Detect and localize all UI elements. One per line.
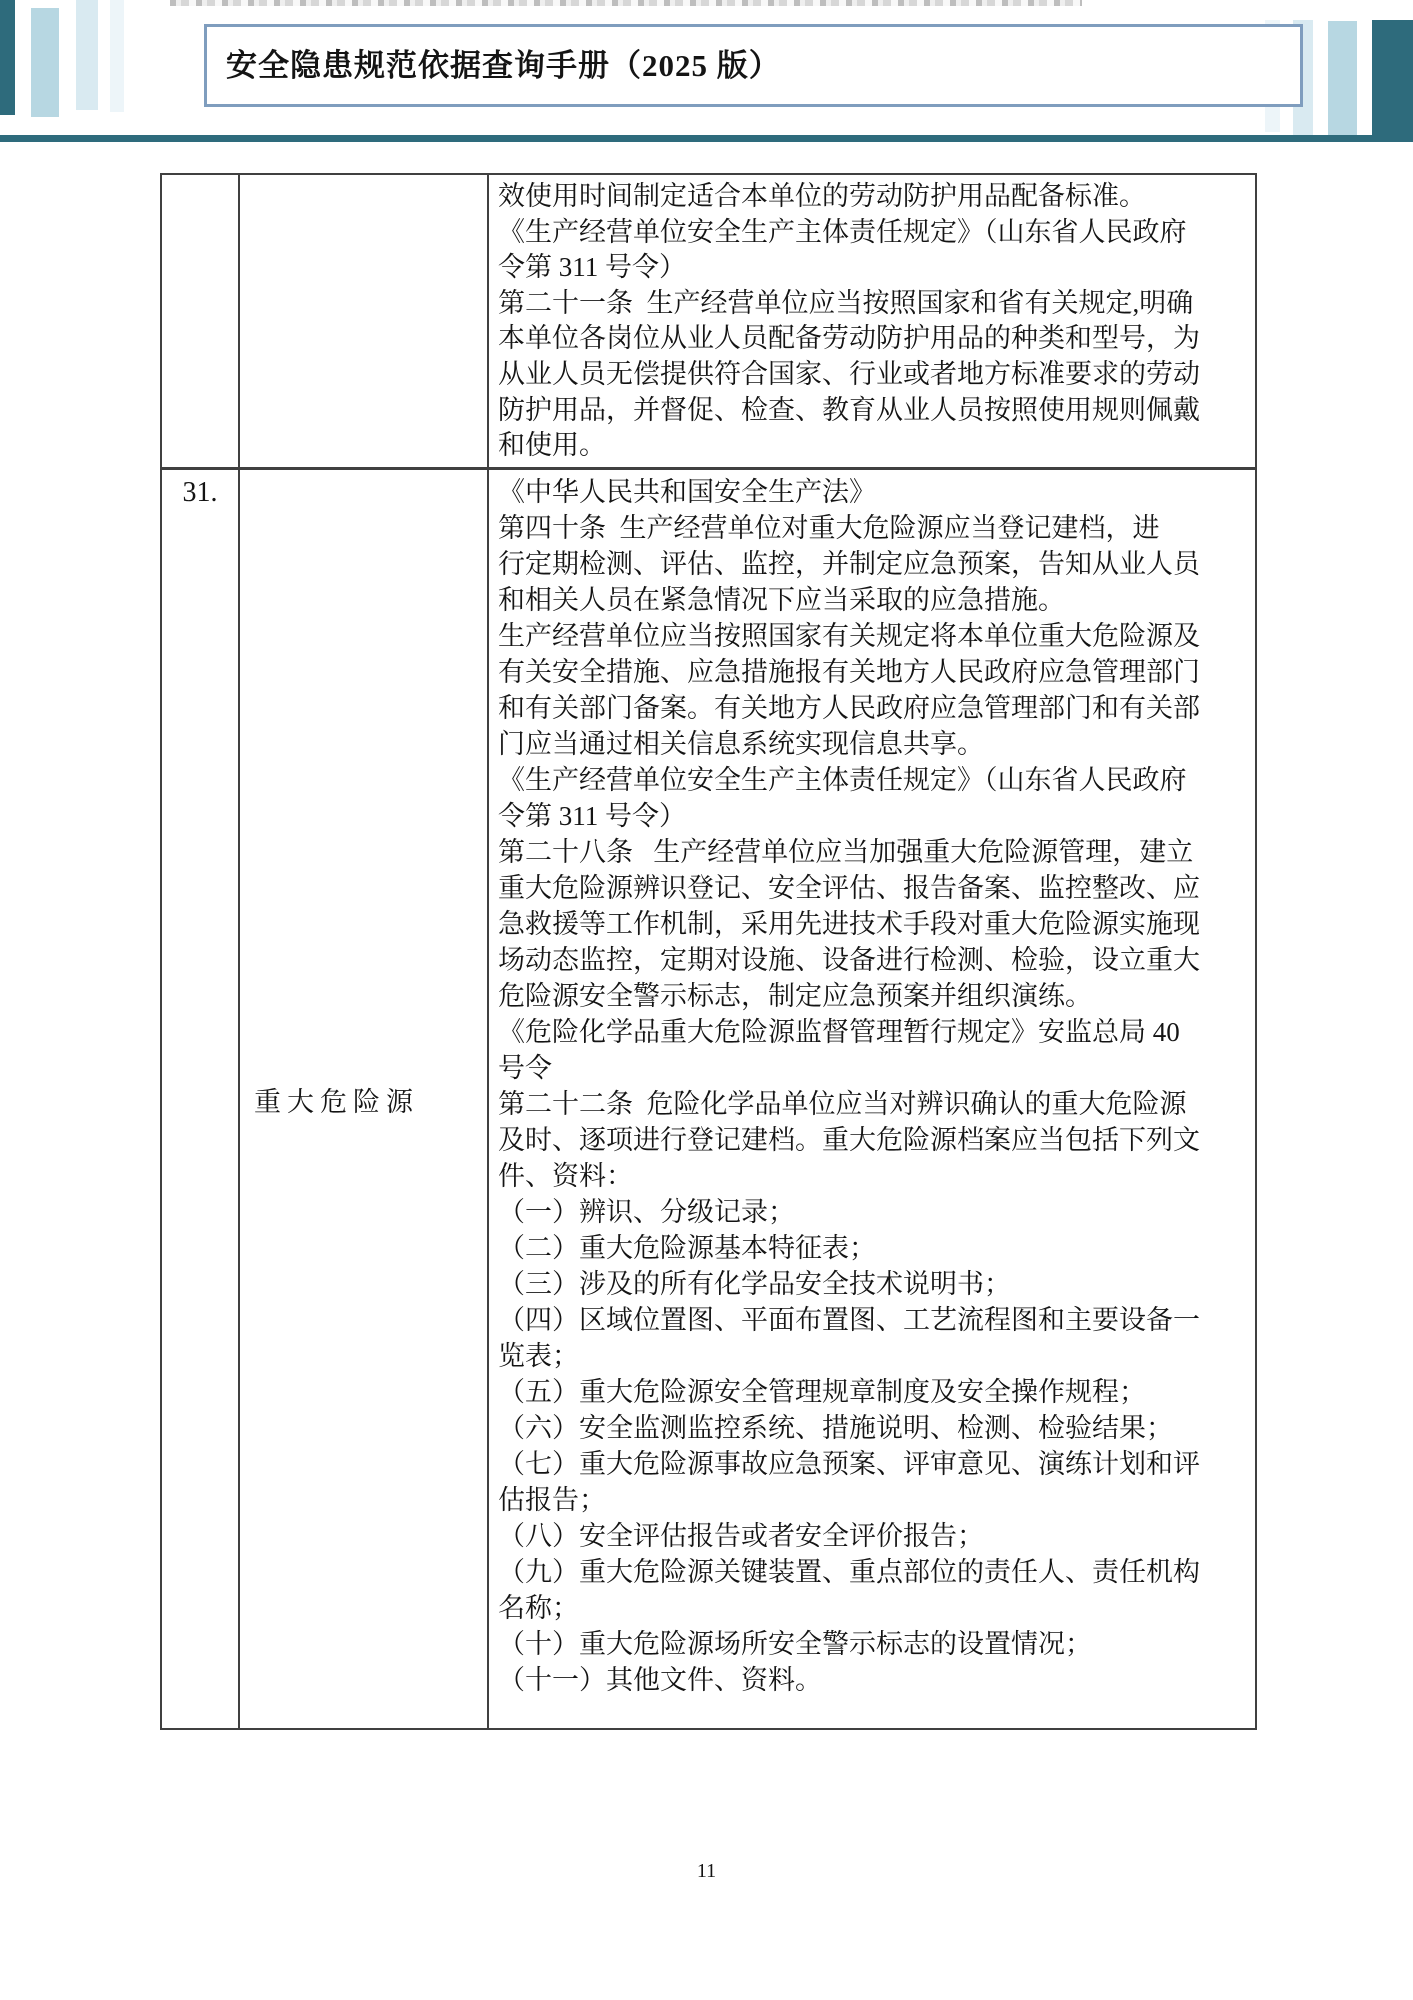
deco-bar-left-dark xyxy=(0,0,15,115)
deco-bar-left-faint xyxy=(110,0,124,112)
text-line: 和相关人员在紧急情况下应当采取的应急措施。 xyxy=(498,582,1239,618)
text-line: 《生产经营单位安全生产主体责任规定》（山东省人民政府 xyxy=(498,215,1239,251)
text-line: 从业人员无偿提供符合国家、行业或者地方标准要求的劳动 xyxy=(498,357,1239,393)
text-line: （一）辨识、分级记录； xyxy=(498,1194,1239,1230)
page-number: 11 xyxy=(0,1860,1413,1883)
deco-bar-right-medium xyxy=(1328,21,1357,137)
text-line: （八）安全评估报告或者安全评价报告； xyxy=(498,1518,1239,1554)
category-cell xyxy=(240,175,489,467)
text-line: 和有关部门备案。有关地方人民政府应急管理部门和有关部 xyxy=(498,690,1239,726)
text-line: （十一）其他文件、资料。 xyxy=(498,1662,1239,1698)
page-title: 安全隐患规范依据查询手册（2025 版） xyxy=(207,27,1300,85)
table-row: 效使用时间制定适合本单位的劳动防护用品配备标准。《生产经营单位安全生产主体责任规… xyxy=(162,175,1255,467)
text-line: 名称； xyxy=(498,1590,1239,1626)
text-line: 第二十八条 生产经营单位应当加强重大危险源管理，建立 xyxy=(498,834,1239,870)
text-line: 件、资料： xyxy=(498,1158,1239,1194)
text-line: （四）区域位置图、平面布置图、工艺流程图和主要设备一 xyxy=(498,1302,1239,1338)
category-label: 重大危险源 xyxy=(254,1080,419,1119)
content-cell: 效使用时间制定适合本单位的劳动防护用品配备标准。《生产经营单位安全生产主体责任规… xyxy=(489,175,1255,467)
text-line: 第二十二条 危险化学品单位应当对辨识确认的重大危险源 xyxy=(498,1086,1239,1122)
text-line: 危险源安全警示标志，制定应急预案并组织演练。 xyxy=(498,978,1239,1014)
category-cell: 重大危险源 xyxy=(240,470,489,1728)
regulation-table: 效使用时间制定适合本单位的劳动防护用品配备标准。《生产经营单位安全生产主体责任规… xyxy=(160,173,1257,1730)
deco-bar-left-medium xyxy=(31,8,59,117)
content-cell: 《中华人民共和国安全生产法》第四十条 生产经营单位对重大危险源应当登记建档，进行… xyxy=(489,470,1255,1728)
text-line: 第二十一条 生产经营单位应当按照国家和省有关规定,明确 xyxy=(498,286,1239,322)
text-line: 效使用时间制定适合本单位的劳动防护用品配备标准。 xyxy=(498,179,1239,215)
text-line: 号令 xyxy=(498,1050,1239,1086)
text-line: 令第 311 号令） xyxy=(498,250,1239,286)
text-line: （三）涉及的所有化学品安全技术说明书； xyxy=(498,1266,1239,1302)
text-line: （七）重大危险源事故应急预案、评审意见、演练计划和评 xyxy=(498,1446,1239,1482)
text-line: 《中华人民共和国安全生产法》 xyxy=(498,474,1239,510)
text-line: 第四十条 生产经营单位对重大危险源应当登记建档，进 xyxy=(498,510,1239,546)
deco-bar-left-light xyxy=(76,0,98,110)
table-row: 31. 重大危险源 《中华人民共和国安全生产法》第四十条 生产经营单位对重大危险… xyxy=(162,467,1255,1728)
scan-noise-artifact xyxy=(170,0,1082,6)
deco-bar-right-dark xyxy=(1372,20,1413,142)
text-line: 览表； xyxy=(498,1338,1239,1374)
text-line: 重大危险源辨识登记、安全评估、报告备案、监控整改、应 xyxy=(498,870,1239,906)
text-line: 估报告； xyxy=(498,1482,1239,1518)
text-line: 场动态监控，定期对设施、设备进行检测、检验，设立重大 xyxy=(498,942,1239,978)
row-number-cell: 31. xyxy=(162,470,240,1728)
text-line: （二）重大危险源基本特征表； xyxy=(498,1230,1239,1266)
text-line: 及时、逐项进行登记建档。重大危险源档案应当包括下列文 xyxy=(498,1122,1239,1158)
text-line: 防护用品，并督促、检查、教育从业人员按照使用规则佩戴 xyxy=(498,393,1239,429)
text-line: 有关安全措施、应急措施报有关地方人民政府应急管理部门 xyxy=(498,654,1239,690)
text-line: 行定期检测、评估、监控，并制定应急预案，告知从业人员 xyxy=(498,546,1239,582)
text-line: 门应当通过相关信息系统实现信息共享。 xyxy=(498,726,1239,762)
row-number-cell xyxy=(162,175,240,467)
text-line: （五）重大危险源安全管理规章制度及安全操作规程； xyxy=(498,1374,1239,1410)
header-title-box: 安全隐患规范依据查询手册（2025 版） xyxy=(204,24,1303,107)
text-line: 令第 311 号令） xyxy=(498,798,1239,834)
text-line: 和使用。 xyxy=(498,428,1239,464)
text-line: 生产经营单位应当按照国家有关规定将本单位重大危险源及 xyxy=(498,618,1239,654)
text-line: 本单位各岗位从业人员配备劳动防护用品的种类和型号，为 xyxy=(498,321,1239,357)
header-divider-rule xyxy=(0,135,1413,142)
text-line: （六）安全监测监控系统、措施说明、检测、检验结果； xyxy=(498,1410,1239,1446)
text-line: 《危险化学品重大危险源监督管理暂行规定》安监总局 40 xyxy=(498,1014,1239,1050)
text-line: 急救援等工作机制，采用先进技术手段对重大危险源实施现 xyxy=(498,906,1239,942)
text-line: （九）重大危险源关键装置、重点部位的责任人、责任机构 xyxy=(498,1554,1239,1590)
text-line: 《生产经营单位安全生产主体责任规定》（山东省人民政府 xyxy=(498,762,1239,798)
document-page: { "header": { "title": "安全隐患规范依据查询手册（202… xyxy=(0,0,1413,2000)
text-line: （十）重大危险源场所安全警示标志的设置情况； xyxy=(498,1626,1239,1662)
